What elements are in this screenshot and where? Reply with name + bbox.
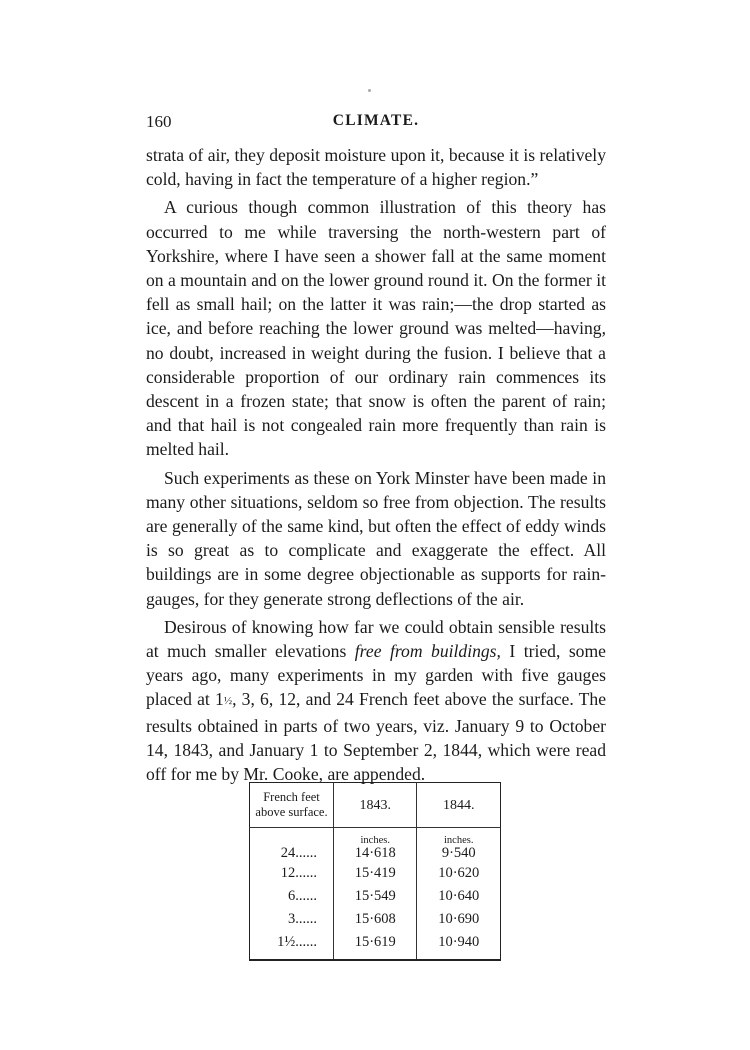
table-row: 24...... inches.14·618 inches.9·540 — [250, 828, 501, 863]
value-cell: 10·690 — [417, 908, 501, 931]
paragraph: Desirous of knowing how far we could obt… — [146, 615, 606, 786]
paragraph: Such experiments as these on York Minste… — [146, 466, 606, 611]
paragraph: strata of air, they deposit moisture upo… — [146, 143, 606, 191]
height-cell: 12...... — [250, 862, 334, 885]
column-header-1844: 1844. — [417, 783, 501, 828]
book-page: 160 CLIMATE. strata of air, they deposit… — [0, 0, 750, 1050]
column-header-height: French feet above surface. — [250, 783, 334, 828]
body-text: strata of air, they deposit moisture upo… — [146, 143, 606, 786]
paragraph: A curious though common illustration of … — [146, 195, 606, 461]
value-text: 9·540 — [442, 845, 476, 861]
value-cell: 10·640 — [417, 885, 501, 908]
table-row: 12...... 15·419 10·620 — [250, 862, 501, 885]
value-cell: 10·620 — [417, 862, 501, 885]
running-title: CLIMATE. — [146, 112, 606, 130]
units-label: inches. — [417, 836, 500, 845]
fraction: ½ — [224, 695, 232, 707]
value-cell: 10·940 — [417, 931, 501, 960]
value-cell: 15·619 — [334, 931, 417, 960]
height-cell: 6...... — [250, 885, 334, 908]
table-row: 6...... 15·549 10·640 — [250, 885, 501, 908]
value-cell: 15·419 — [334, 862, 417, 885]
height-cell: 24...... — [250, 828, 334, 863]
table-row: 1½...... 15·619 10·940 — [250, 931, 501, 960]
scan-speck — [368, 89, 371, 92]
column-header-1843: 1843. — [334, 783, 417, 828]
running-head: 160 CLIMATE. — [146, 112, 606, 136]
value-text: 14·618 — [355, 845, 396, 861]
rain-gauge-table: French feet above surface. 1843. 1844. 2… — [249, 782, 501, 961]
value-cell: 15·549 — [334, 885, 417, 908]
height-cell: 1½...... — [250, 931, 334, 960]
value-cell: inches.9·540 — [417, 828, 501, 863]
units-label: inches. — [334, 836, 416, 845]
table-header-row: French feet above surface. 1843. 1844. — [250, 783, 501, 828]
height-cell: 3...... — [250, 908, 334, 931]
table-row: 3...... 15·608 10·690 — [250, 908, 501, 931]
value-cell: inches.14·618 — [334, 828, 417, 863]
italic-phrase: free from buildings, — [355, 641, 501, 661]
value-cell: 15·608 — [334, 908, 417, 931]
